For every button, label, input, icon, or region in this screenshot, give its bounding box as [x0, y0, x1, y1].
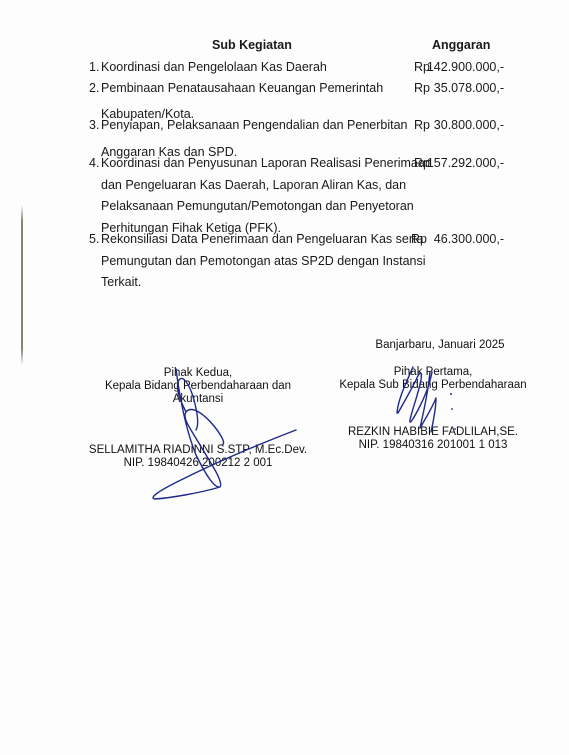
position-line: Akuntansi — [88, 393, 308, 406]
item-number: 4. — [89, 153, 99, 174]
item-amount: 157.292.000,- — [427, 153, 504, 174]
currency-label: Rp — [414, 78, 430, 99]
item-amount: 35.078.000,- — [434, 78, 504, 99]
item-description: Rekonsiliasi Data Penerimaan dan Pengelu… — [101, 229, 401, 293]
signature-block-pihak-pertama: Banjarbaru, Januari 2025 Pihak Pertama, … — [338, 339, 528, 452]
item-amount: 46.300.000,- — [434, 229, 504, 250]
signatory-nip: NIP. 19840426 200212 2 001 — [88, 457, 308, 470]
currency-label: Rp — [414, 115, 430, 136]
item-description: Koordinasi dan Penyusunan Laporan Realis… — [101, 153, 401, 238]
signatory-name: SELLAMITHA RIADINNI S.STP, M.Ec.Dev. — [88, 444, 308, 457]
place-date: Banjarbaru, Januari 2025 — [338, 339, 528, 352]
signatory-nip: NIP. 19840316 201001 1 013 — [338, 439, 528, 452]
item-description: Koordinasi dan Pengelolaan Kas Daerah — [101, 57, 401, 78]
signature-block-pihak-kedua: Pihak Kedua, Kepala Bidang Perbendaharaa… — [88, 367, 308, 470]
item-number: 5. — [89, 229, 99, 250]
position-line: Kepala Sub Bidang Perbendaharaan — [338, 379, 528, 392]
header-sub-kegiatan: Sub Kegiatan — [212, 38, 292, 52]
currency-label: Rp — [411, 229, 427, 250]
item-amount: 142.900.000,- — [427, 57, 504, 78]
party-label: Pihak Kedua, — [88, 367, 308, 380]
position-line: Kepala Bidang Perbendaharaan dan — [88, 380, 308, 393]
party-label: Pihak Pertama, — [338, 366, 528, 379]
header-anggaran: Anggaran — [432, 38, 490, 52]
item-number: 3. — [89, 115, 99, 136]
item-amount: 30.800.000,- — [434, 115, 504, 136]
item-number: 1. — [89, 57, 99, 78]
item-number: 2. — [89, 78, 99, 99]
signatory-name: REZKIN HABIBIE FADLILAH,SE. — [338, 426, 528, 439]
scan-edge-line — [21, 205, 23, 365]
